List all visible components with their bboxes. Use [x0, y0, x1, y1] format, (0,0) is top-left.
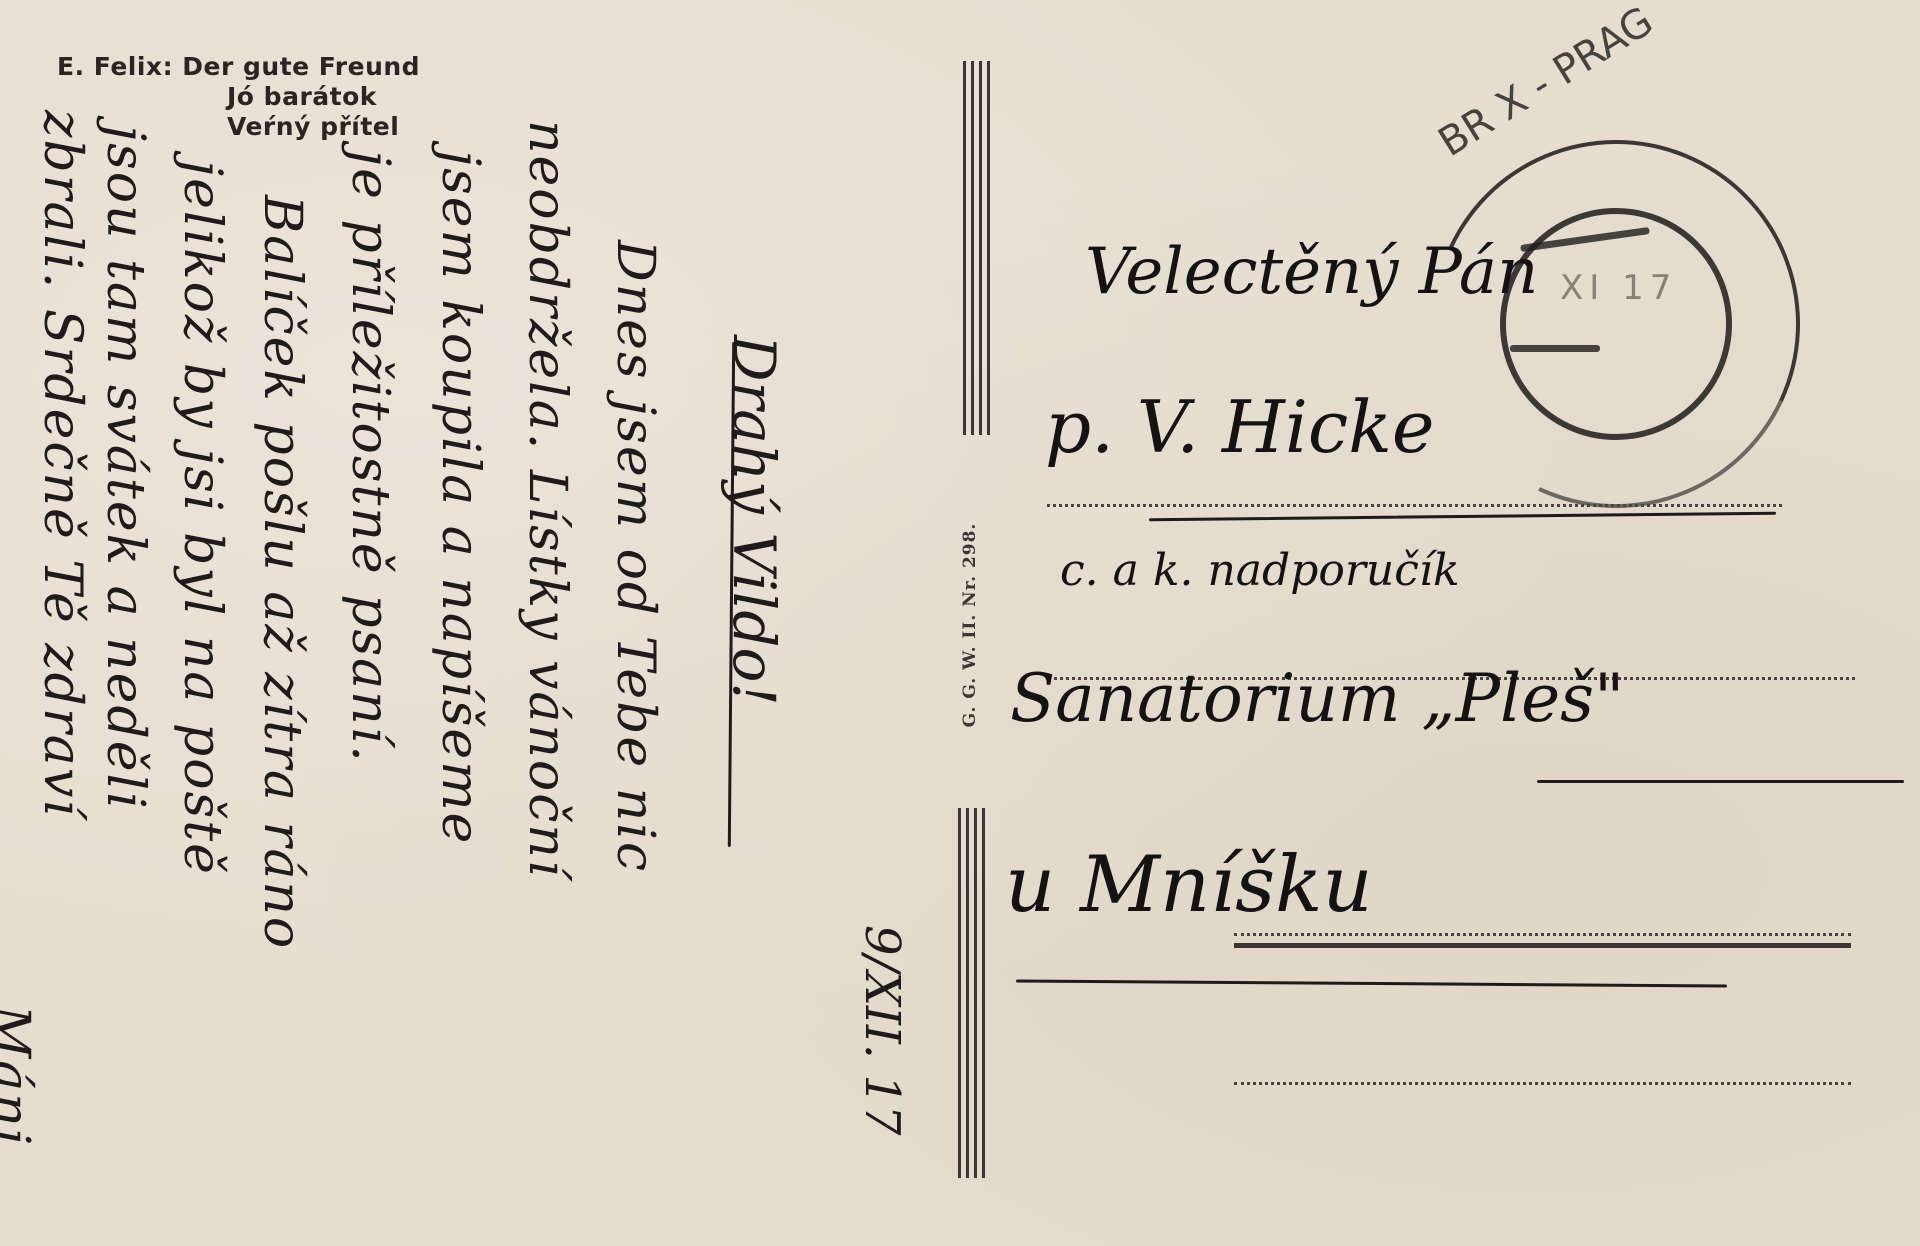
- letter-line: je příležitostně psaní.: [340, 150, 400, 764]
- handwritten-underline: [1537, 780, 1904, 783]
- letter-signature: Máni: [0, 1005, 40, 1147]
- address-place: Sanatorium „Pleš": [1010, 660, 1624, 737]
- address-rank: c. a k. nadporučík: [1060, 545, 1460, 596]
- address-town: u Mníšku: [1005, 840, 1373, 930]
- header-line-2: Jó barátok: [57, 82, 420, 112]
- header-line-1: E. Felix: Der gute Freund: [57, 52, 420, 82]
- address-name: p. V. Hicke: [1045, 385, 1434, 469]
- address-salutation: Velectěný Pán: [1085, 235, 1538, 309]
- letter-line: jsou tam svátek a neděli: [95, 125, 155, 811]
- address-line-3: [1234, 933, 1851, 936]
- divider-lines-top: [963, 61, 990, 435]
- letter-line: jelikož by jsi byl na poště: [172, 160, 232, 876]
- letter-line: jsem koupila a napíšeme: [430, 150, 490, 845]
- address-bar: [1234, 943, 1851, 948]
- letter-line: zbrali. Srdečně Tě zdraví: [32, 110, 92, 818]
- letter-line: neobdržela. Lístky vánoční: [517, 120, 577, 878]
- letter-line: Dnes jsem od Tebe nic: [605, 240, 665, 873]
- publisher-mark: G. G. W. II. Nr. 298.: [960, 523, 980, 728]
- postmark-bar: [1510, 345, 1600, 352]
- divider-lines-bottom: [958, 808, 985, 1178]
- address-line-4: [1234, 1082, 1851, 1085]
- letter-line: Balíček pošlu až zítra ráno: [252, 195, 312, 950]
- letter-date: 9/XII. 17: [854, 925, 910, 1135]
- address-line-1: [1047, 504, 1782, 507]
- postmark-date: XI 17: [1560, 268, 1677, 308]
